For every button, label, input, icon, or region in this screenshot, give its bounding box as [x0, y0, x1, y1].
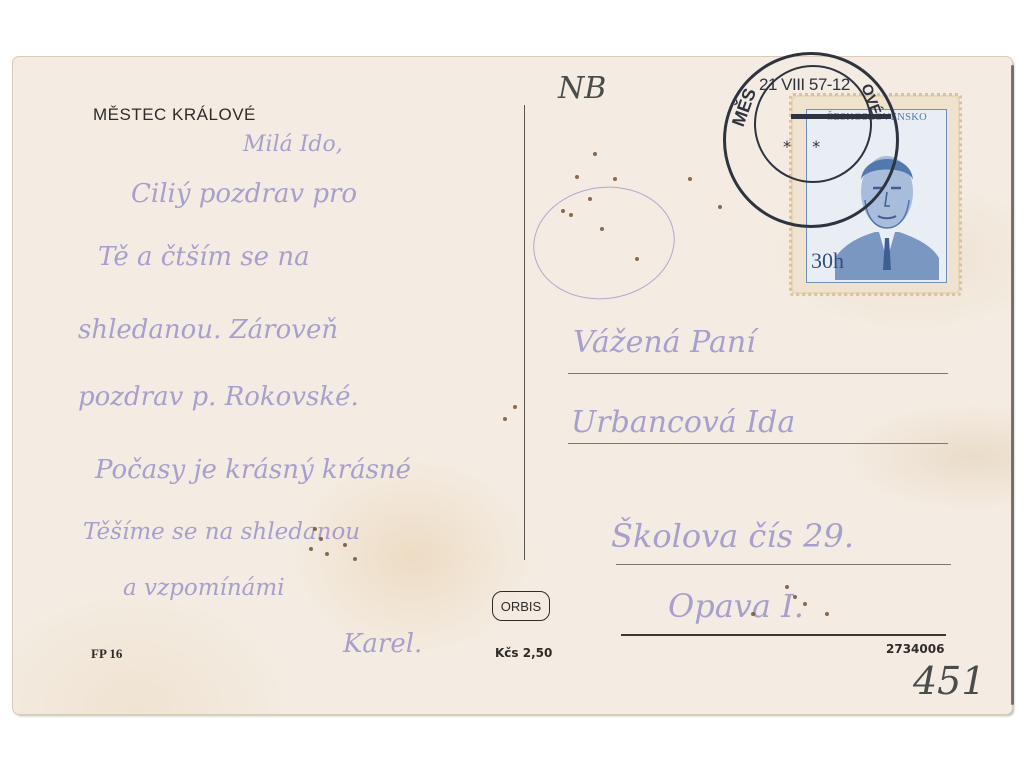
message-line: Počasy je krásný krásné	[95, 455, 411, 485]
place-title: MĚSTEC KRÁLOVÉ	[93, 105, 256, 125]
foxing-spot	[793, 595, 797, 599]
foxing-spot	[569, 213, 573, 217]
foxing-spot	[600, 227, 604, 231]
foxing-spot	[803, 602, 807, 606]
pencil-note: NB	[558, 71, 606, 106]
address-text: Školova čís 29.	[611, 517, 854, 555]
foxing-spot	[593, 152, 597, 156]
address-line-3	[616, 564, 951, 565]
message-line: Tě a čtším se na	[98, 242, 310, 272]
foxing-spot	[503, 417, 507, 421]
foxing-spot	[688, 177, 692, 181]
foxing-spot	[575, 175, 579, 179]
address-line-4	[621, 634, 946, 636]
stamp-engraver: · · · · · · · ·	[807, 276, 946, 281]
publisher-logo: ORBIS	[492, 591, 550, 621]
message-line: Milá Ido,	[243, 132, 343, 157]
center-divider	[524, 105, 525, 560]
postmark-stars: * *	[783, 137, 828, 156]
message-line: shledanou. Zároveň	[78, 315, 338, 345]
foxing-spot	[309, 547, 313, 551]
pencil-note: 451	[913, 659, 986, 703]
message-line: a vzpomínámi	[123, 575, 285, 601]
foxing-spot	[751, 612, 755, 616]
postmark-bar	[791, 114, 891, 119]
postcard: MĚSTEC KRÁLOVÉ ORBIS FP 16 Kčs 2,50 2734…	[13, 57, 1012, 714]
message-line: Ciliý pozdrav pro	[131, 179, 357, 209]
address-text: Urbancová Ida	[571, 405, 795, 440]
address-text: Vážená Paní	[573, 325, 756, 360]
foxing-spot	[325, 552, 329, 556]
address-line-1	[568, 373, 948, 374]
serial-number: 2734006	[886, 642, 944, 656]
message-line: pozdrav p. Rokovské.	[78, 382, 359, 412]
foxing-spot	[513, 405, 517, 409]
postmark-date: 21 VIII 57-12	[759, 75, 850, 95]
foxing-spot	[613, 177, 617, 181]
foxing-spot	[319, 537, 323, 541]
foxing-spot	[343, 543, 347, 547]
stamp-denomination: 30h	[811, 248, 844, 274]
message-line: Těšíme se na shledanou	[83, 519, 360, 545]
signature: Karel.	[343, 629, 422, 659]
address-text: Opava I.	[668, 587, 804, 625]
price: Kčs 2,50	[495, 646, 552, 660]
foxing-spot	[588, 197, 592, 201]
foxing-spot	[635, 257, 639, 261]
series-code: FP 16	[91, 646, 122, 662]
foxing-spot	[313, 527, 317, 531]
foxing-spot	[785, 585, 789, 589]
foxing-spot	[825, 612, 829, 616]
address-line-2	[568, 443, 948, 444]
foxing-spot	[718, 205, 722, 209]
pencil-oval	[526, 178, 682, 309]
foxing-spot	[561, 209, 565, 213]
foxing-spot	[353, 557, 357, 561]
